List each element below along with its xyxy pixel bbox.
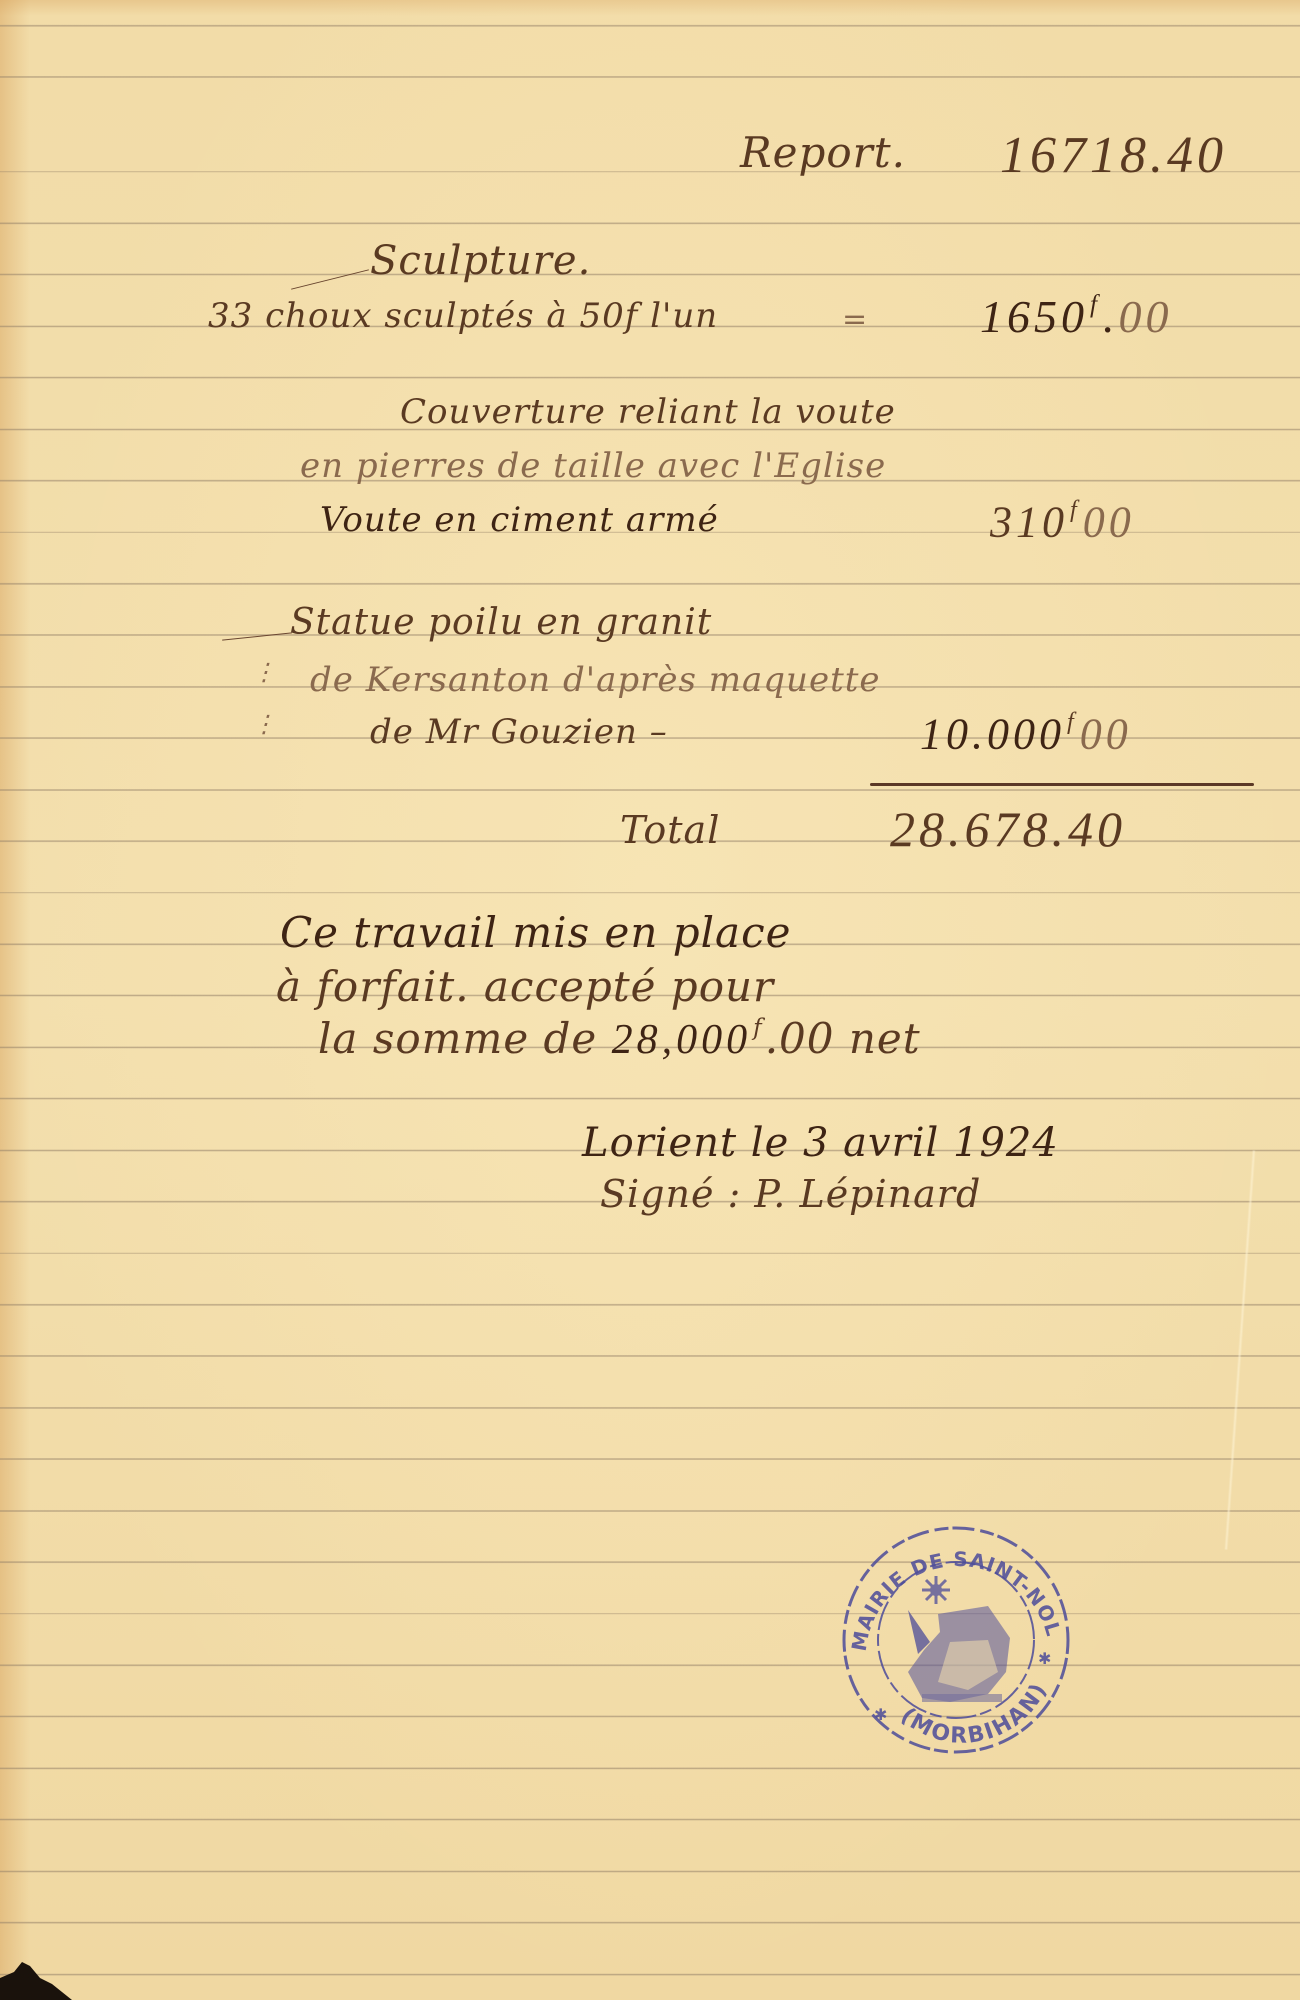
acceptance-line: Ce travail mis en place xyxy=(280,908,791,957)
signature: Signé : P. Lépinard xyxy=(600,1172,981,1216)
carried-forward-amount: 16718.40 xyxy=(1000,126,1227,185)
line-item-description: Voute en ciment armé xyxy=(320,500,719,540)
section-title-sculpture: Sculpture. xyxy=(370,238,591,284)
line-item-description: 33 choux sculptés à 50f l'un xyxy=(208,296,718,336)
line-item-description: de Mr Gouzien – xyxy=(370,712,668,752)
line-item-amount: 1650f.00 xyxy=(980,290,1173,343)
total-amount: 28.678.40 xyxy=(890,800,1126,858)
ditto-marks: ⋮ xyxy=(252,658,277,686)
acceptance-line: à forfait. accepté pour xyxy=(276,962,774,1011)
line-item-description: Statue poilu en granit xyxy=(290,602,712,643)
total-label: Total xyxy=(620,808,720,852)
line-item-description: Couverture reliant la voute xyxy=(400,392,896,432)
svg-text:✱: ✱ xyxy=(1038,1649,1051,1668)
line-item-description: en pierres de taille avec l'Eglise xyxy=(300,446,886,486)
equals-sign: = xyxy=(842,302,868,337)
total-underline xyxy=(870,783,1254,786)
statue-emblem-icon xyxy=(908,1576,1010,1702)
line-item-amount: 10.000f00 xyxy=(920,708,1132,759)
svg-text:✱: ✱ xyxy=(874,1705,887,1724)
document-page: Report. 16718.40 Sculpture. 33 choux scu… xyxy=(0,0,1300,2000)
acceptance-line: la somme de 28,000f.00 net xyxy=(318,1014,921,1064)
carried-forward-label: Report. xyxy=(740,128,906,177)
town-hall-stamp: MAIRIE DE SAINT-NOLFF (MORBIHAN) ✱ ✱ xyxy=(838,1522,1074,1758)
ditto-marks: ⋮ xyxy=(252,710,277,738)
line-item-amount: 310f00 xyxy=(990,496,1135,547)
line-item-description: de Kersanton d'après maquette xyxy=(310,660,881,700)
place-and-date: Lorient le 3 avril 1924 xyxy=(582,1120,1059,1166)
torn-corner xyxy=(0,1958,80,2000)
